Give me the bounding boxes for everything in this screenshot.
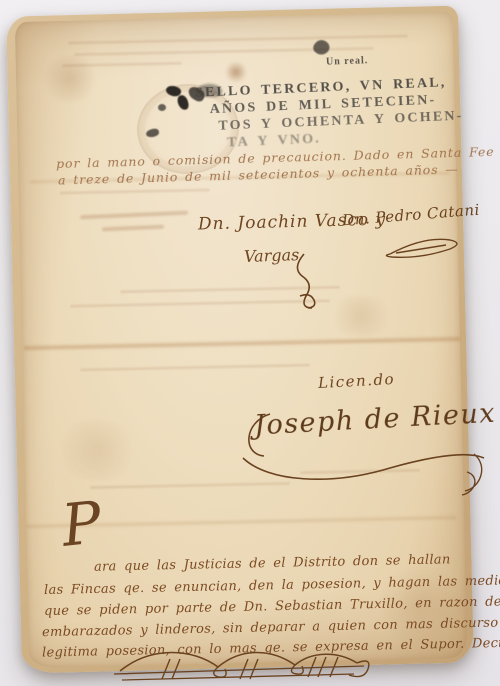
stain-spot — [224, 62, 248, 82]
vargas-rubric-flourish — [280, 252, 322, 310]
body-drop-cap: P — [59, 493, 104, 555]
photo-background: Un real. SELLO TERCERO, VN REAL, AÑOS DE… — [0, 0, 500, 686]
stain-spot — [52, 420, 142, 480]
revenue-seal-stamp: SELLO TERCERO, VN REAL, AÑOS DE MIL SETE… — [195, 73, 470, 152]
closing-rubric-flourish — [112, 643, 394, 683]
revenue-overprint-stamp: Un real. — [326, 55, 369, 67]
catani-rubric-flourish — [384, 232, 466, 264]
stain-spot — [40, 56, 100, 102]
stain-spot — [326, 296, 396, 336]
ink-blot — [158, 104, 166, 111]
